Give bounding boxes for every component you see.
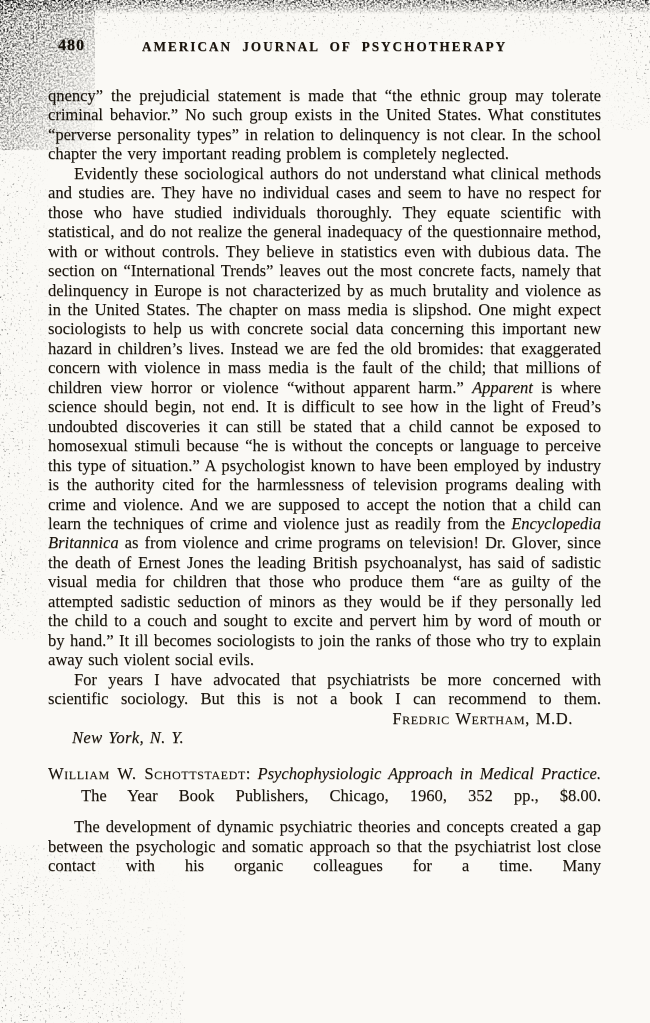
reviewer-location: New York, N. Y. bbox=[48, 728, 601, 747]
review-paragraph: Evidently these sociological authors do … bbox=[48, 164, 601, 670]
review-paragraph: qnency” the prejudicial statement is mad… bbox=[48, 86, 601, 164]
book-citation: William W. Schottstaedt: Psychophysiolog… bbox=[48, 763, 601, 805]
running-header: 480 AMERICAN JOURNAL OF PSYCHOTHERAPY bbox=[48, 37, 601, 57]
page-body: qnency” the prejudicial statement is mad… bbox=[48, 86, 601, 876]
scanned-page: 480 AMERICAN JOURNAL OF PSYCHOTHERAPY qn… bbox=[0, 0, 650, 1023]
journal-title: AMERICAN JOURNAL OF PSYCHOTHERAPY bbox=[48, 39, 601, 55]
review-paragraph: For years I have advocated that psychiat… bbox=[48, 670, 601, 709]
reviewer-signature: Fredric Wertham, M.D. bbox=[48, 709, 601, 728]
review-paragraph: The development of dynamic psychiatric t… bbox=[48, 817, 601, 876]
